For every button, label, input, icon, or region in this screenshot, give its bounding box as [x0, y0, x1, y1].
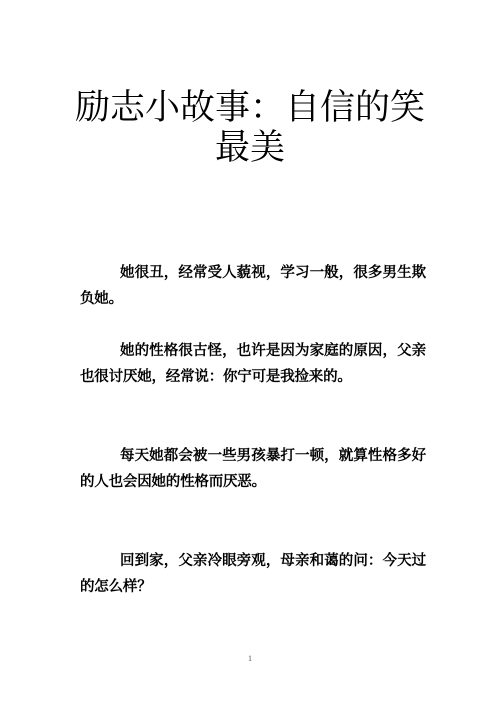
- document-page: 励志小故事：自信的笑 最美 她很丑，经常受人藐视，学习一般，很多男生欺负她。 她…: [0, 0, 500, 707]
- title-line-2: 最美: [0, 128, 500, 168]
- paragraph-4: 回到家，父亲冷眼旁观，母亲和蔼的问：今天过的怎么样？: [80, 548, 426, 600]
- paragraph-1: 她很丑，经常受人藐视，学习一般，很多男生欺负她。: [80, 260, 426, 312]
- paragraph-2: 她的性格很古怪，也许是因为家庭的原因，父亲也很讨厌她，经常说：你宁可是我捡来的。: [80, 338, 426, 390]
- paragraph-3: 每天她都会被一些男孩暴打一顿，就算性格多好的人也会因她的性格而厌恶。: [80, 443, 426, 495]
- title-line-1: 励志小故事：自信的笑: [0, 88, 500, 128]
- document-title: 励志小故事：自信的笑 最美: [0, 88, 500, 168]
- page-number: 1: [0, 654, 500, 663]
